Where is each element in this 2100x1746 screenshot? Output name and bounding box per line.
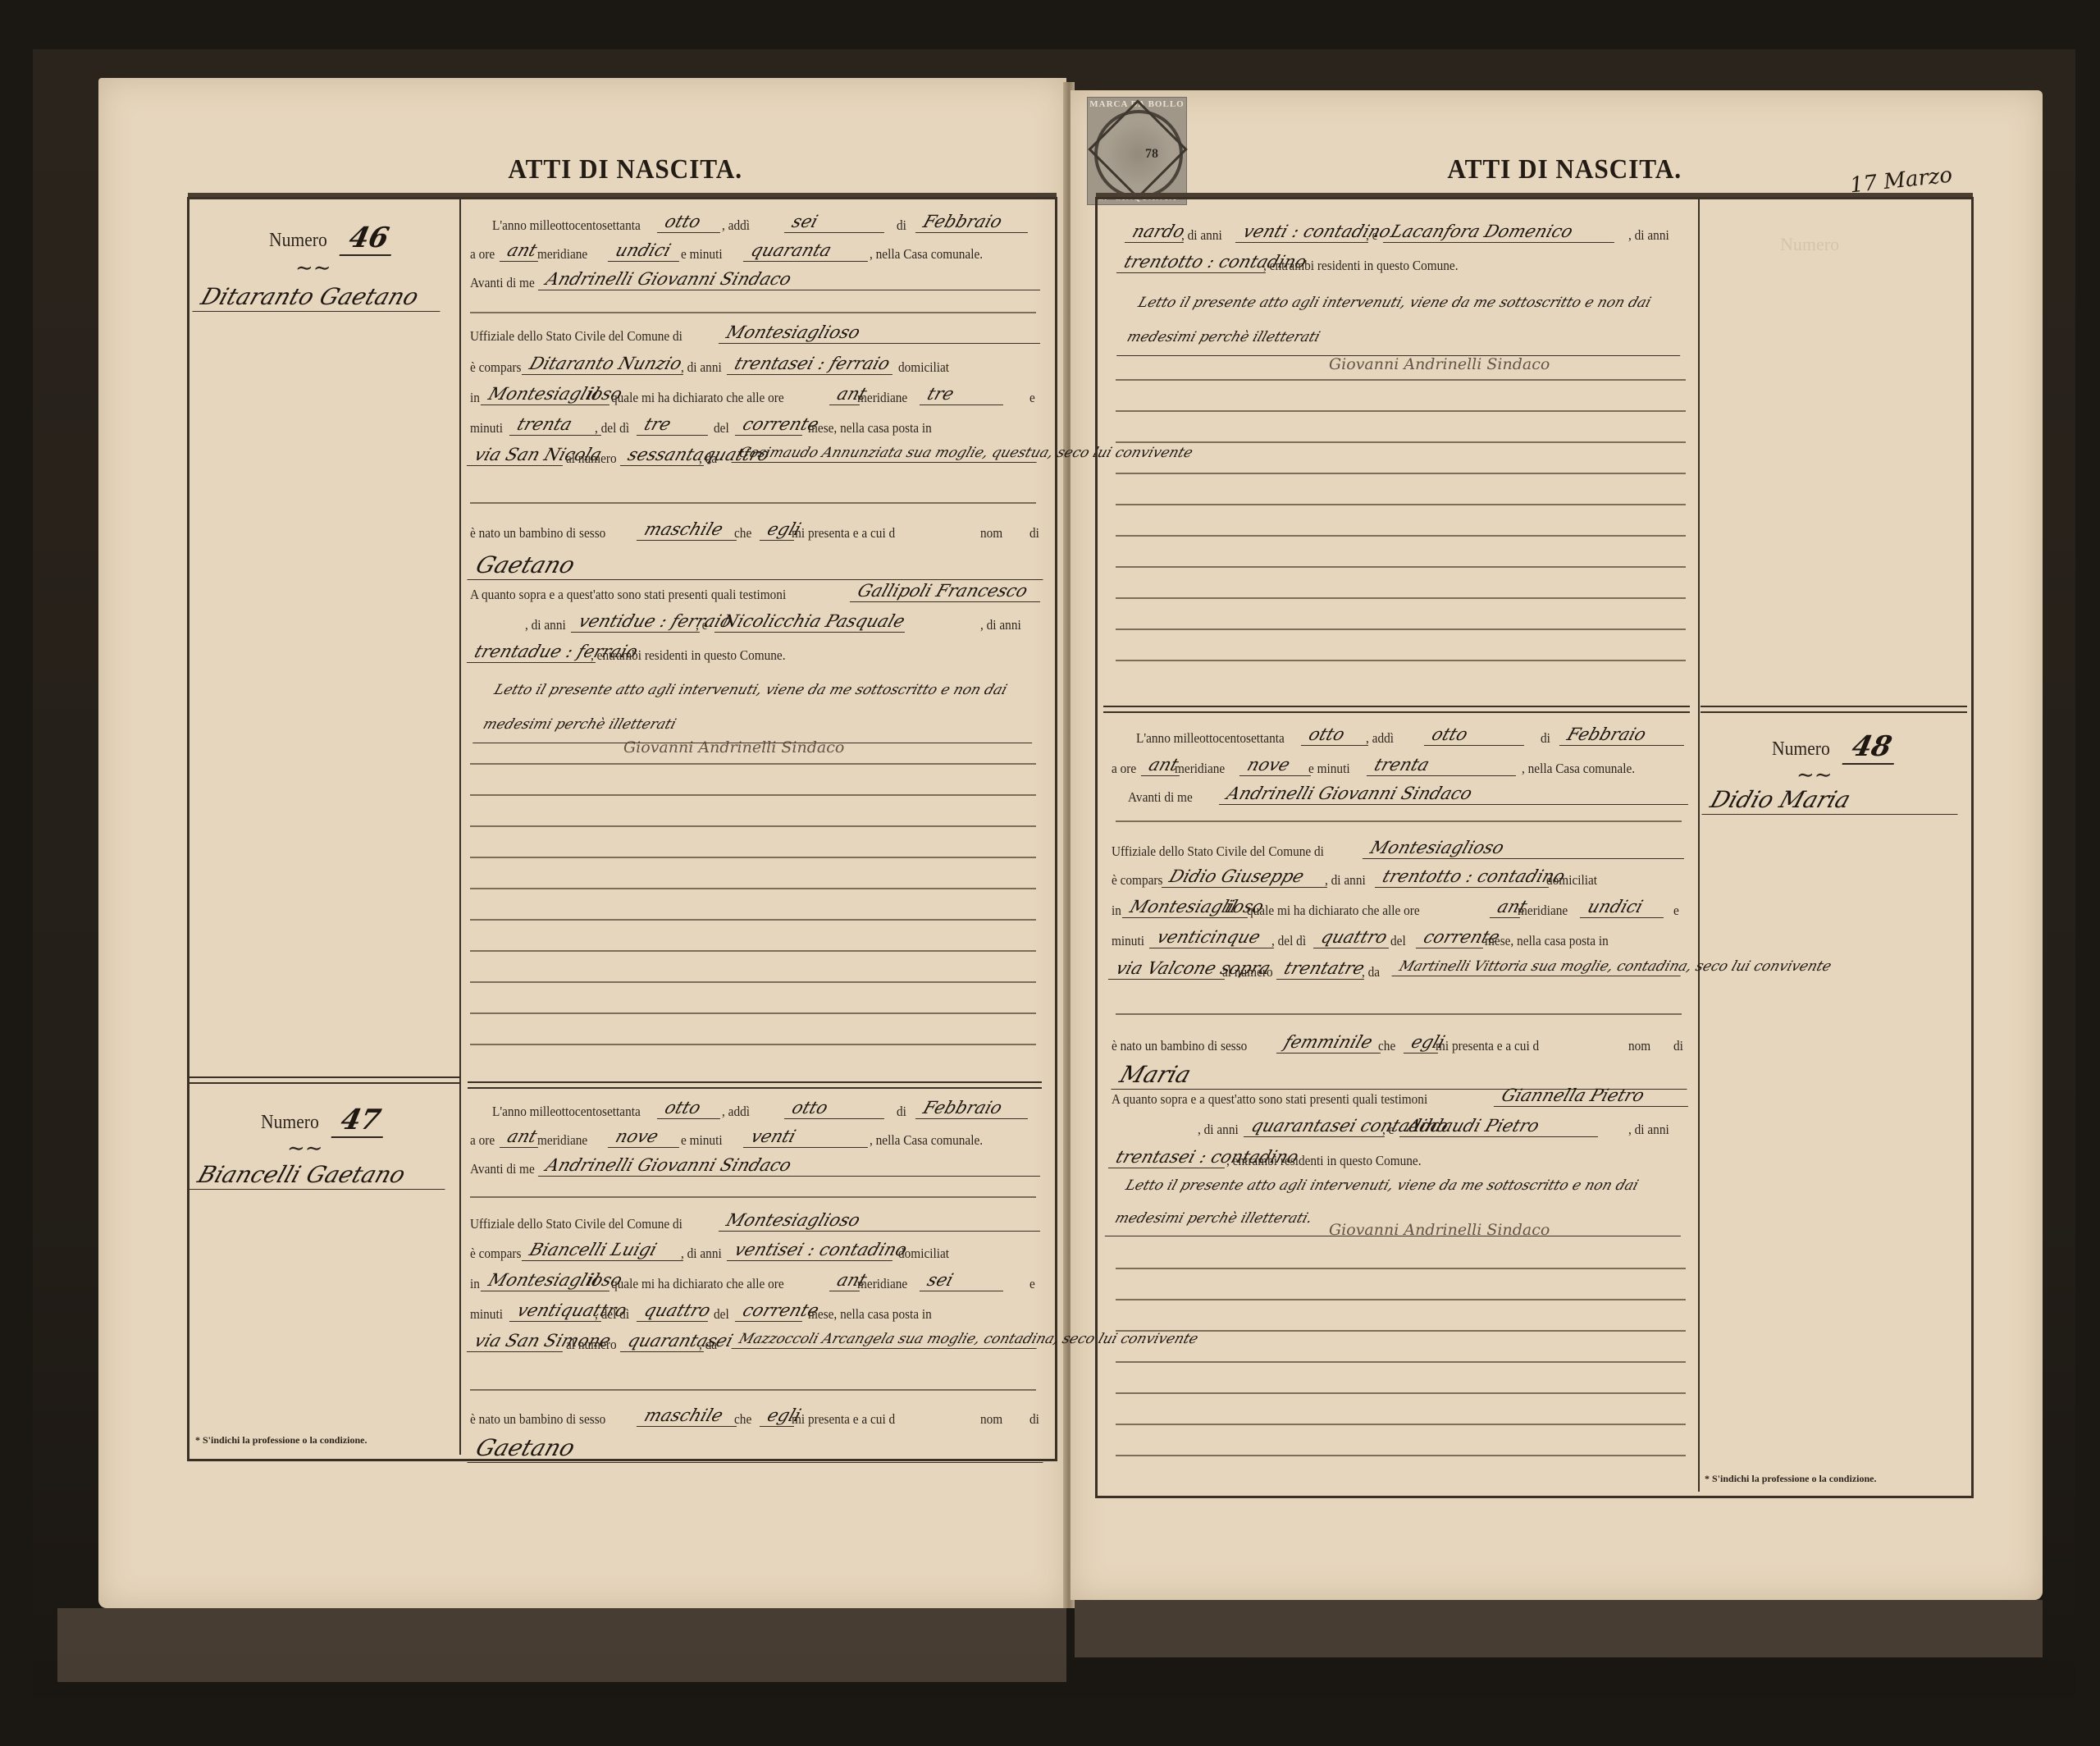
hand-birth-minuti: trenta <box>509 414 608 436</box>
printed-text: , del dì <box>595 420 629 436</box>
printed-text: in <box>470 1276 480 1292</box>
printed-text: e <box>1673 903 1679 919</box>
printed-text: al numero <box>566 1337 617 1353</box>
printed-text: meridiane <box>857 390 907 406</box>
printed-text: L'anno milleottocentosettanta <box>1136 730 1285 747</box>
ruled-line <box>1116 410 1686 412</box>
printed-text: al numero <box>566 450 617 467</box>
printed-text: nom <box>1628 1038 1650 1054</box>
tilde-ornament: ∼∼ <box>1796 763 1833 788</box>
ruled-line <box>470 857 1036 858</box>
printed-text: minuti <box>1112 933 1144 949</box>
hand-witness-2-age: trentotto : contadino <box>1116 252 1272 273</box>
printed-text: , entrambi residenti in questo Comune. <box>1226 1153 1422 1169</box>
printed-text: e minuti <box>681 246 723 263</box>
printed-text: e <box>1029 1276 1035 1292</box>
hand-mother: Cosimaudo Annunziata sua moglie, questua… <box>731 445 1042 463</box>
ruled-line <box>1116 473 1686 474</box>
hand-sex: femminile <box>1276 1032 1387 1054</box>
right-entry-divider <box>1103 706 1690 713</box>
hand-birth-day: tre <box>637 414 714 436</box>
hand-ore: nove <box>1239 755 1317 776</box>
printed-text: è nato un bambino di sesso <box>470 525 605 542</box>
hand-ore: undici <box>608 240 686 262</box>
hand-residence: Montesiaglioso <box>481 384 591 405</box>
printed-text: A quanto sopra e a quest'atto sono stati… <box>1112 1091 1427 1108</box>
hand-day: otto <box>784 1098 891 1119</box>
printed-text: e <box>1029 390 1035 406</box>
ruled-line <box>1116 597 1686 599</box>
ruled-line <box>470 981 1036 983</box>
signature: Giovanni Andrinelli Sindaco <box>1329 355 1550 373</box>
printed-text: mese, nella casa posta in <box>808 1306 932 1323</box>
hand-minuti: venti <box>743 1127 874 1148</box>
printed-text: Uffiziale dello Stato Civile del Comune … <box>1112 843 1324 860</box>
ruled-line <box>1116 379 1686 381</box>
ruled-line <box>470 1196 1036 1198</box>
numero-value: 47 <box>331 1104 390 1138</box>
printed-text: quale mi ha dichiarato che alle ore <box>1247 903 1420 919</box>
hand-closing: Letto il presente atto agli intervenuti,… <box>1116 286 1703 356</box>
printed-text: , di anni <box>980 617 1021 633</box>
right-page-heading: ATTI DI NASCITA. <box>1447 154 1682 185</box>
ruled-line <box>470 794 1036 796</box>
ruled-line <box>1116 504 1686 505</box>
hand-witness-2: Addaudi Pietro <box>1399 1116 1605 1137</box>
printed-text: , di anni <box>681 359 722 376</box>
printed-text: , e <box>1382 1122 1394 1138</box>
printed-text: minuti <box>470 1306 503 1323</box>
printed-text: in <box>470 390 480 406</box>
printed-text: , da <box>1362 964 1380 980</box>
hand-house-number: quarantasei <box>620 1331 710 1352</box>
printed-text: mese, nella casa posta in <box>1485 933 1609 949</box>
left-entry-divider <box>468 1081 1042 1089</box>
printed-text: che <box>734 525 751 542</box>
hand-comune: Montesiaglioso <box>1363 838 1691 859</box>
hand-address: via San Simone <box>467 1331 569 1352</box>
printed-text: , di anni <box>1181 227 1222 244</box>
printed-text: mi presenta e a cui d <box>792 525 895 542</box>
ruled-line <box>1116 1013 1682 1015</box>
printed-text: , nella Casa comunale. <box>870 246 983 263</box>
hand-month: Febbraio <box>915 212 1034 233</box>
hand-residence: Montesiaglioso <box>1122 897 1229 918</box>
numero-label: Numero <box>261 1112 319 1134</box>
hand-witness-2: Nicolicchia Pasquale <box>714 611 911 633</box>
hand-address: via Valcone sopra <box>1108 958 1231 980</box>
ruled-line <box>470 1389 1036 1391</box>
hand-year: otto <box>1301 724 1375 746</box>
margin-name: Ditaranto Gaetano <box>192 283 449 312</box>
printed-text: e minuti <box>681 1132 723 1149</box>
page-stack-edge <box>57 1608 1066 1682</box>
printed-text: al numero <box>1222 964 1273 980</box>
printed-text: e minuti <box>1308 761 1350 777</box>
hand-age-profession: trentotto : contadino <box>1375 866 1555 888</box>
printed-text: Avanti di me <box>470 275 535 291</box>
bleed-through-text: Numero <box>1780 234 1839 255</box>
hand-day: sei <box>784 212 891 233</box>
hand-witness-1: Gallipoli Francesco <box>850 581 1047 602</box>
printed-text: , da <box>699 1337 717 1353</box>
printed-text: nom <box>980 525 1002 542</box>
ruled-line <box>470 1012 1036 1014</box>
printed-text: quale mi ha dichiarato che alle ore <box>611 1276 784 1292</box>
numero-value: 46 <box>340 222 399 256</box>
printed-text: domiciliat <box>1546 872 1597 889</box>
printed-text: è compars <box>470 359 521 376</box>
numero-label: Numero <box>269 230 327 252</box>
printed-text: che <box>734 1411 751 1428</box>
ruled-line <box>470 950 1036 952</box>
ruled-line <box>470 919 1036 921</box>
printed-text: nom <box>980 1411 1002 1428</box>
printed-text: , e <box>1366 227 1377 244</box>
left-entry-divider <box>189 1076 459 1084</box>
right-entry-divider <box>1701 706 1967 713</box>
printed-text: è nato un bambino di sesso <box>470 1411 605 1428</box>
hand-birth-minuti: ventiquattro <box>509 1300 608 1322</box>
hand-witness-1-age: venti : contadino <box>1235 222 1375 243</box>
hand-declarant: Ditaranto Nunzio <box>522 354 690 375</box>
hand-officer: Andrinelli Giovanni Sindaco <box>538 1155 1047 1177</box>
hand-month: Febbraio <box>915 1098 1034 1119</box>
ruled-line <box>1116 1330 1686 1332</box>
printed-text: Uffiziale dello Stato Civile del Comune … <box>470 1216 682 1232</box>
footnote: * S'indichi la professione o la condizio… <box>1705 1473 1876 1485</box>
ruled-line <box>1116 660 1686 661</box>
printed-text: Uffiziale dello Stato Civile del Comune … <box>470 328 682 345</box>
hand-month: Febbraio <box>1559 724 1691 746</box>
hand-birth-day: quattro <box>1313 927 1395 948</box>
printed-text: domiciliat <box>898 1246 949 1262</box>
ruled-line <box>1116 1268 1686 1269</box>
ruled-line <box>470 312 1036 313</box>
printed-text: , addì <box>1366 730 1394 747</box>
numero-label: Numero <box>1772 738 1830 761</box>
printed-text: , entrambi residenti in questo Comune. <box>1263 258 1459 274</box>
hand-child-name: Gaetano <box>467 1434 1052 1463</box>
printed-text: Avanti di me <box>470 1161 535 1177</box>
hand-child-name: Gaetano <box>467 551 1052 580</box>
printed-text: di <box>897 1104 906 1120</box>
hand-house-number: sessantaquattro <box>620 445 710 466</box>
hand-closing: Letto il presente atto agli intervenuti,… <box>472 673 1055 743</box>
hand-minuti: trenta <box>1367 755 1522 776</box>
ruled-line <box>470 1044 1036 1045</box>
printed-text: , di anni <box>1198 1122 1239 1138</box>
footnote: * S'indichi la professione o la condizio… <box>195 1434 367 1447</box>
hand-witness-2-age: trentadue : ferraio <box>467 642 602 663</box>
hand-birth-ore: tre <box>920 384 1010 405</box>
hand-residence: Montesiaglioso <box>481 1270 591 1291</box>
hand-minuti: quaranta <box>743 240 874 262</box>
ruled-line <box>1116 1455 1686 1456</box>
hand-sex: maschile <box>637 519 743 541</box>
printed-text: di <box>897 217 906 234</box>
printed-text: , di anni <box>1628 227 1669 244</box>
ruled-line <box>1116 535 1686 537</box>
printed-text: a ore <box>470 1132 495 1149</box>
ruled-line <box>1116 1392 1686 1394</box>
printed-text: , entrambi residenti in questo Comune. <box>591 647 786 664</box>
printed-text: di <box>1541 730 1550 747</box>
hand-officer: Andrinelli Giovanni Sindaco <box>538 269 1047 290</box>
revenue-stamp: MARCA DA BOLLO 78 C.º CINQUANTA <box>1087 97 1187 205</box>
printed-text: meridiane <box>537 1132 587 1149</box>
left-page-heading: ATTI DI NASCITA. <box>508 154 742 185</box>
hand-birth-del: corrente <box>735 414 809 436</box>
printed-text: L'anno milleottocentosettanta <box>492 1104 641 1120</box>
signature: Giovanni Andrinelli Sindaco <box>1329 1221 1550 1239</box>
hand-mother: Martinelli Vittoria sua moglie, contadin… <box>1391 958 1686 976</box>
hand-house-number: trentatre <box>1276 958 1371 980</box>
printed-text: meridiane <box>537 246 587 263</box>
hand-comune: Montesiaglioso <box>719 322 1047 344</box>
printed-text: L'anno milleottocentosettanta <box>492 217 641 234</box>
printed-text: del <box>714 420 729 436</box>
signature: Giovanni Andrinelli Sindaco <box>623 738 844 756</box>
hand-witness-1: Giannella Pietro <box>1494 1086 1695 1107</box>
hand-ore: nove <box>608 1127 686 1148</box>
ruled-line <box>1116 1361 1686 1363</box>
printed-text: , da <box>699 450 717 467</box>
printed-text: Avanti di me <box>1128 789 1193 806</box>
printed-text: quale mi ha dichiarato che alle ore <box>611 390 784 406</box>
printed-text: mi presenta e a cui d <box>792 1411 895 1428</box>
printed-text: di <box>1029 525 1039 542</box>
hand-birth-ore: undici <box>1580 897 1670 918</box>
hand-witness-1-age: ventidue : ferraio <box>571 611 706 633</box>
printed-text: è compars <box>1112 872 1162 889</box>
printed-text: che <box>1378 1038 1395 1054</box>
printed-text: , del dì <box>595 1306 629 1323</box>
printed-text: , addì <box>722 217 750 234</box>
printed-text: a ore <box>1112 761 1136 777</box>
hand-birth-del: corrente <box>735 1300 809 1322</box>
margin-name: Biancelli Gaetano <box>189 1161 454 1190</box>
stamp-year: 78 <box>1145 147 1158 162</box>
left-column-divider <box>459 199 461 1455</box>
ruled-line <box>470 502 1036 504</box>
hand-witness-2-age: trentasei : contadino <box>1108 1147 1231 1168</box>
hand-declarant: Biancelli Luigi <box>522 1240 690 1261</box>
margin-name: Didio Maria <box>1701 786 1966 815</box>
printed-text: , addì <box>722 1104 750 1120</box>
printed-text: , di anni <box>681 1246 722 1262</box>
printed-text: mi presenta e a cui d <box>1436 1038 1539 1054</box>
hand-birth-day: quattro <box>637 1300 714 1322</box>
ruled-line <box>1116 441 1686 443</box>
hand-day: otto <box>1424 724 1531 746</box>
printed-text: , di anni <box>1628 1122 1669 1138</box>
hand-year: otto <box>657 1098 727 1119</box>
ruled-line <box>1116 566 1686 568</box>
ruled-line <box>470 825 1036 827</box>
printed-text: in <box>1112 903 1121 919</box>
hand-officer: Andrinelli Giovanni Sindaco <box>1219 784 1695 805</box>
hand-declarant: Didio Giuseppe <box>1162 866 1334 888</box>
printed-text: è compars <box>470 1246 521 1262</box>
hand-mother: Mazzoccoli Arcangela sua moglie, contadi… <box>731 1331 1042 1349</box>
printed-text: è nato un bambino di sesso <box>1112 1038 1247 1054</box>
printed-text: del <box>1390 933 1406 949</box>
printed-text: , di anni <box>525 617 566 633</box>
hand-year: otto <box>657 212 727 233</box>
printed-text: a ore <box>470 246 495 263</box>
hand-birth-ore: sei <box>920 1270 1010 1291</box>
printed-text: mese, nella casa posta in <box>808 420 932 436</box>
printed-text: , nella Casa comunale. <box>1522 761 1635 777</box>
printed-text: meridiane <box>857 1276 907 1292</box>
printed-text: del <box>714 1306 729 1323</box>
hand-birth-minuti: venticinque <box>1149 927 1281 948</box>
cancel-diamond-icon <box>1088 99 1188 199</box>
tilde-ornament: ∼∼ <box>287 1136 323 1161</box>
hand-sex: maschile <box>637 1405 743 1427</box>
printed-text: , e <box>696 617 707 633</box>
printed-text: , nella Casa comunale. <box>870 1132 983 1149</box>
printed-text: A quanto sopra e a quest'atto sono stati… <box>470 587 786 603</box>
printed-text: meridiane <box>1175 761 1225 777</box>
printed-text: domiciliat <box>898 359 949 376</box>
tilde-ornament: ∼∼ <box>295 256 331 281</box>
printed-text: di <box>1029 1411 1039 1428</box>
ruled-line <box>1116 1424 1686 1425</box>
page-stack-edge <box>1075 1600 2043 1657</box>
hand-address: via San Nicola <box>467 445 569 466</box>
printed-text: minuti <box>470 420 503 436</box>
printed-text: , del dì <box>1271 933 1306 949</box>
hand-age-profession: trentasei : ferraio <box>727 354 899 375</box>
printed-text: di <box>1673 1038 1683 1054</box>
ruled-line <box>1116 1299 1686 1300</box>
ruled-line <box>470 763 1036 765</box>
ruled-line <box>470 888 1036 889</box>
printed-text: , di anni <box>1325 872 1366 889</box>
hand-witness-1-age: quarantasei contadino <box>1244 1116 1391 1137</box>
hand-age-profession: ventisei : contadino <box>727 1240 899 1261</box>
hand-comune: Montesiaglioso <box>719 1210 1047 1232</box>
hand-birth-del: corrente <box>1416 927 1490 948</box>
numero-value: 48 <box>1842 730 1901 765</box>
right-column-divider <box>1698 199 1700 1492</box>
ruled-line <box>1116 820 1682 822</box>
printed-text: meridiane <box>1518 903 1568 919</box>
hand-witness-2: Lacanfora Domenico <box>1383 222 1621 243</box>
ruled-line <box>1116 628 1686 630</box>
